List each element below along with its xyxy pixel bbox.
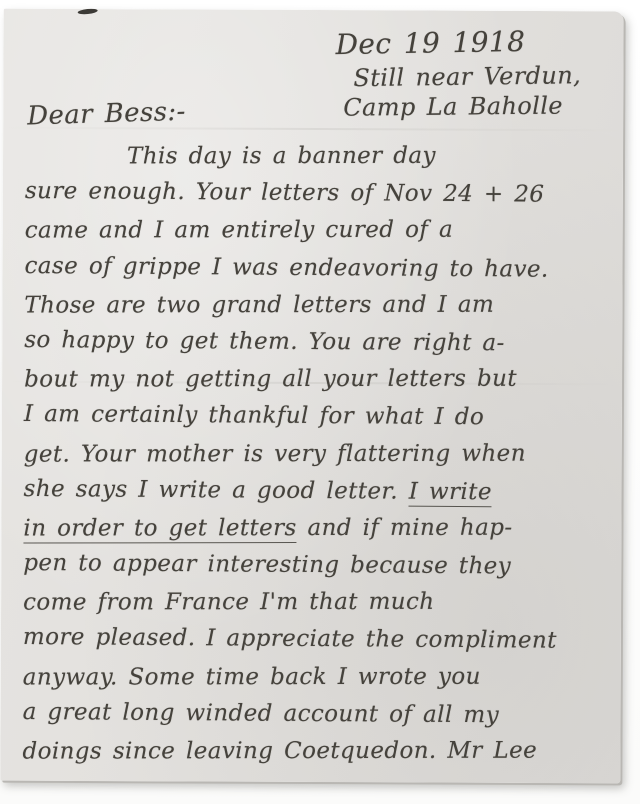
letter-page: Dec 19 1918 Still near Verdun, Camp La B… <box>0 9 623 784</box>
underlined-phrase: I write <box>409 478 492 507</box>
handwriting-line: I am certainly thankful for what I do <box>24 396 610 437</box>
handwriting-line: more pleased. I appreciate the complimen… <box>23 619 609 660</box>
handwriting-line: she says I write a good letter. I write <box>23 471 609 512</box>
scanner-background: Dec 19 1918 Still near Verdun, Camp La B… <box>0 0 640 804</box>
letter-place-line2: Camp La Baholle <box>343 92 563 122</box>
handwriting-line: anyway. Some time back I wrote you <box>23 658 609 696</box>
letter-body: This day is a banner day sure enough. Yo… <box>22 137 611 772</box>
handwriting-line: case of grippe I was endeavoring to have… <box>24 248 610 289</box>
handwriting-line: in order to get letters and if mine hap- <box>23 509 609 547</box>
handwriting-line: so happy to get them. You are right a- <box>24 322 610 363</box>
underlined-phrase: in order to get letters <box>23 515 296 543</box>
handwriting-line: come from France I'm that much <box>23 584 609 622</box>
letter-salutation: Dear Bess:- <box>27 97 186 132</box>
letter-place-line1: Still near Verdun, <box>353 61 581 92</box>
handwriting-line: doings since leaving Coetquedon. Mr Lee <box>22 733 608 771</box>
handwriting-line: a great long winded account of all my <box>22 694 608 735</box>
ink-smudge-mark <box>77 8 97 15</box>
handwriting-line: sure enough. Your letters of Nov 24 + 26 <box>25 173 611 214</box>
handwriting-line: get. Your mother is very flattering when <box>24 435 610 473</box>
letter-date: Dec 19 1918 <box>335 25 525 61</box>
handwriting-line: This day is a banner day <box>25 138 611 176</box>
handwriting-line: came and I am entirely cured of a <box>25 212 611 250</box>
handwriting-line: bout my not getting all your letters but <box>24 361 610 399</box>
handwriting-line: Those are two grand letters and I am <box>24 286 610 324</box>
handwriting-line: pen to appear interesting because they <box>23 545 609 586</box>
